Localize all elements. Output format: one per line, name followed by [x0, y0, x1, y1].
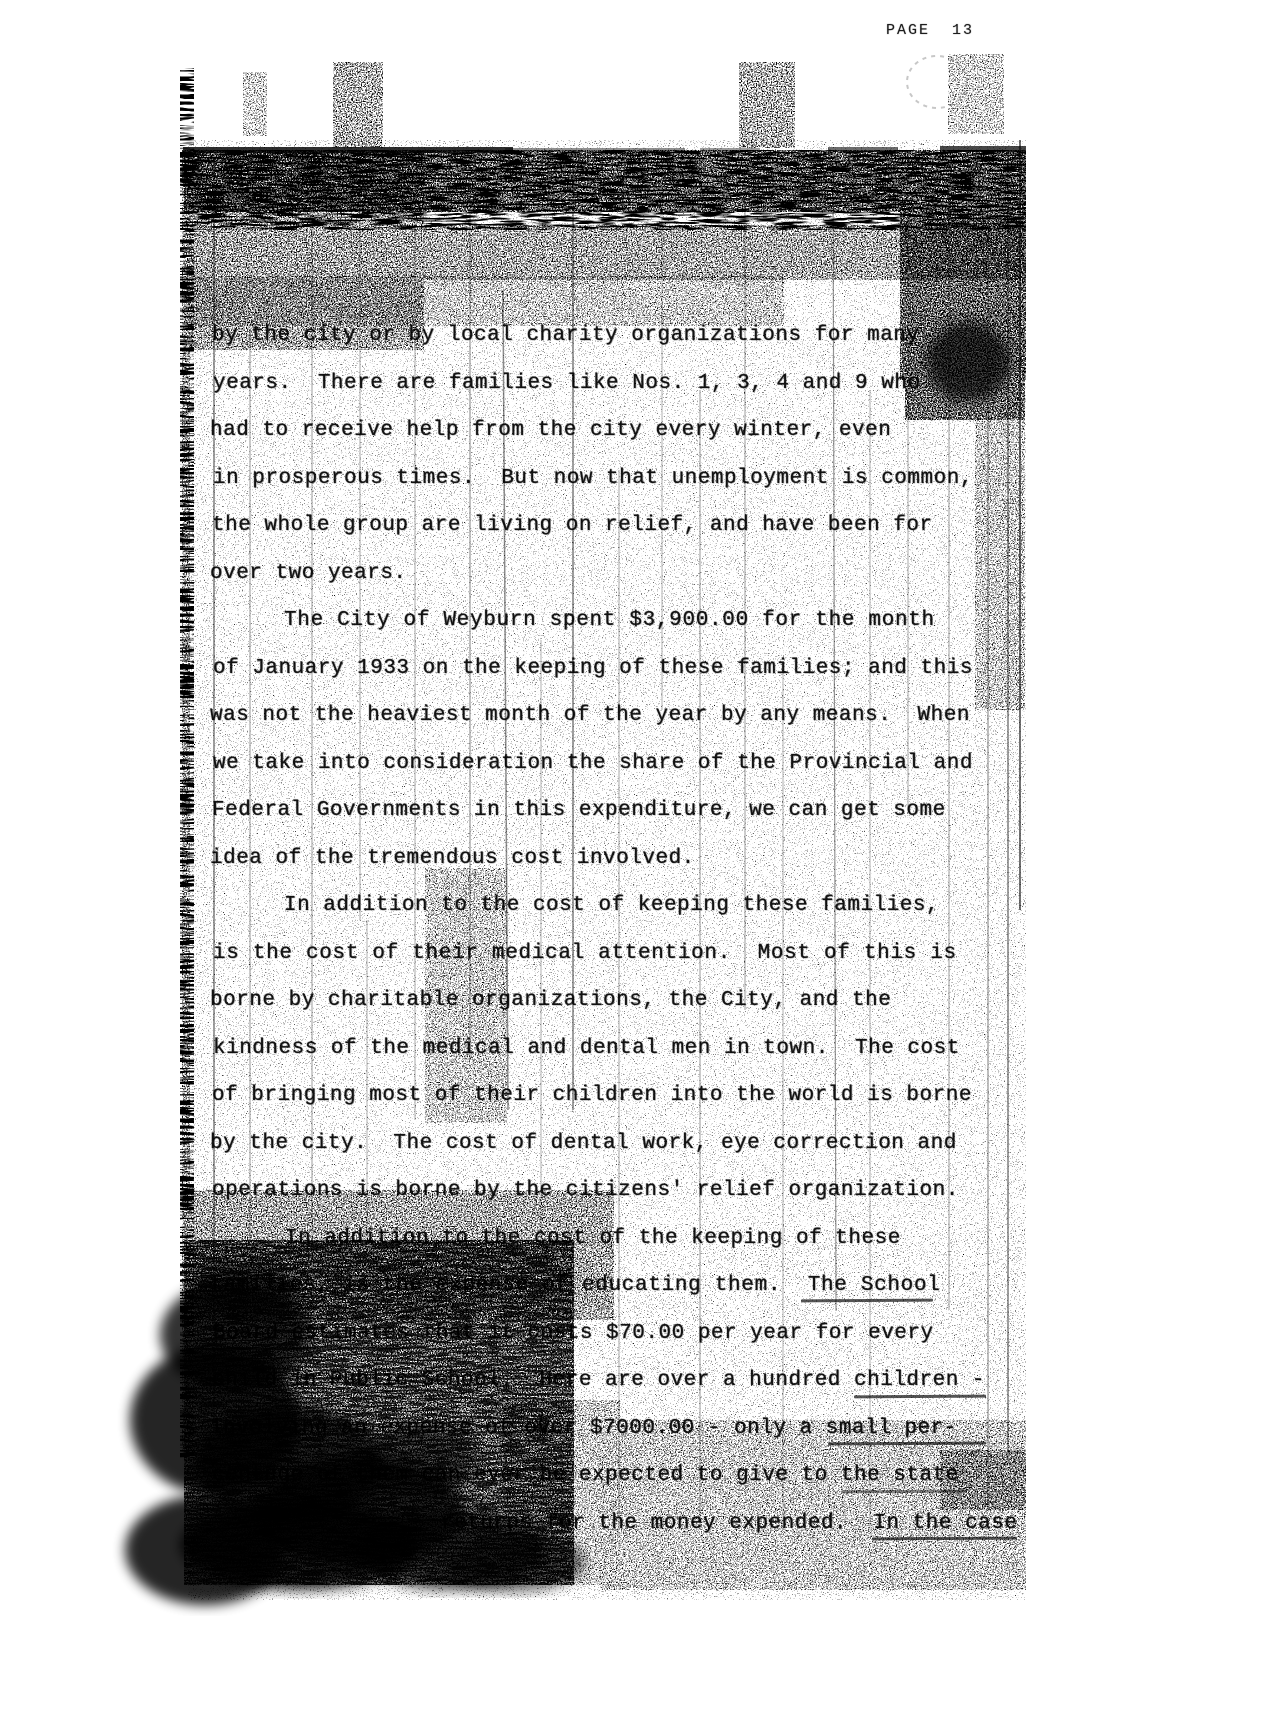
- text-line: borne by charitable organizations, the C…: [210, 977, 1050, 1025]
- text-line: in prosperous times. But now that unempl…: [213, 455, 1053, 503]
- scanned-document-page: PAGE 13 by the city or by local charity …: [0, 0, 1275, 1725]
- underline-mark: [841, 1490, 966, 1494]
- text-line: is the cost of their medical attention. …: [213, 930, 1053, 978]
- scan-area: by the city or by local charity organiza…: [0, 0, 1275, 1725]
- text-line: by the city. The cost of dental work, ey…: [210, 1120, 1050, 1168]
- text-line: Federal Governments in this expenditure,…: [212, 787, 1052, 835]
- text-line: years. There are families like Nos. 1, 3…: [213, 360, 1053, 408]
- text-line: Board estimates that it costs $70.00 per…: [213, 1310, 1053, 1358]
- text-line: was not the heaviest month of the year b…: [210, 692, 1050, 740]
- text-line: idea of the tremendous cost involved.: [210, 835, 1050, 883]
- text-line: operations is borne by the citizens' rel…: [212, 1167, 1052, 1215]
- text-line: we take into consideration the share of …: [213, 740, 1053, 788]
- text-line: In addition to the cost of the keeping o…: [213, 1215, 1053, 1263]
- text-line: kindness of the medical and dental men i…: [213, 1025, 1053, 1073]
- text-line: of January 1933 on the keeping of these …: [213, 645, 1053, 693]
- text-line: The City of Weyburn spent $3,900.00 for …: [212, 597, 1052, 645]
- text-line: of bringing most of their children into …: [212, 1072, 1052, 1120]
- tape-marks: [243, 54, 1004, 148]
- top-edge-line: [183, 146, 1026, 153]
- text-line: the whole group are living on relief, an…: [212, 502, 1052, 550]
- text-line: by the city or by local charity organiza…: [212, 312, 1052, 360]
- text-line: families, is the expense of educating th…: [210, 1262, 1050, 1310]
- text-line: In addition to the cost of keeping these…: [212, 882, 1052, 930]
- text-line: had to receive help from the city every …: [210, 407, 1050, 455]
- text-line: over two years.: [210, 550, 1050, 598]
- typewritten-text: by the city or by local charity organiza…: [212, 312, 1052, 1547]
